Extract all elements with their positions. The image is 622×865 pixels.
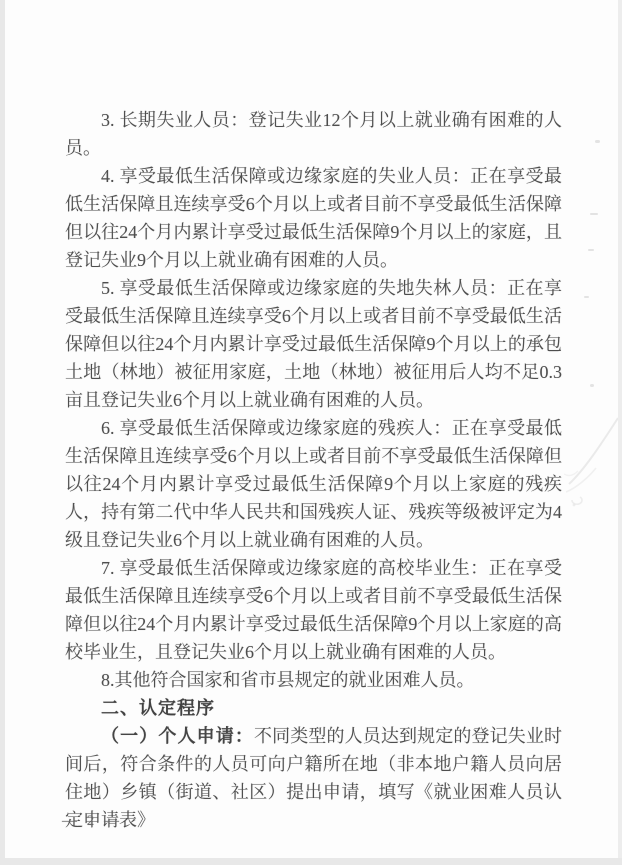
list-item-8: 8.其他符合国家和省市县规定的就业困难人员。 bbox=[65, 666, 562, 694]
list-item-6: 6. 享受最低生活保障或边缘家庭的残疾人：正在享受最低生活保障且连续享受6个月以… bbox=[65, 414, 562, 554]
scan-edge-right bbox=[618, 0, 622, 865]
scan-speck bbox=[588, 249, 594, 251]
procedure-lead: （一）个人申请： bbox=[101, 726, 254, 746]
procedure-paragraph: （一）个人申请：不同类型的人员达到规定的登记失业时间后，符合条件的人员可向户籍所… bbox=[65, 722, 562, 834]
list-item-3: 3. 长期失业人员：登记失业12个月以上就业确有困难的人员。 bbox=[65, 106, 562, 162]
scan-speck bbox=[590, 213, 598, 215]
pencil-smudge bbox=[564, 412, 622, 507]
scan-speck bbox=[590, 384, 594, 387]
scan-speck bbox=[584, 296, 589, 298]
page-number: — 2 — bbox=[62, 813, 122, 830]
scan-edge-bottom bbox=[0, 858, 622, 865]
list-item-7: 7. 享受最低生活保障或边缘家庭的高校毕业生：正在享受最低生活保障且连续享受6个… bbox=[65, 554, 562, 666]
scan-speck bbox=[595, 140, 600, 143]
document-body: 3. 长期失业人员：登记失业12个月以上就业确有困难的人员。 4. 享受最低生活… bbox=[65, 106, 562, 834]
list-item-5: 5. 享受最低生活保障或边缘家庭的失地失林人员：正在享受最低生活保障且连续享受6… bbox=[65, 274, 562, 414]
section-heading: 二、认定程序 bbox=[65, 694, 562, 722]
list-item-4: 4. 享受最低生活保障或边缘家庭的失业人员：正在享受最低生活保障且连续享受6个月… bbox=[65, 162, 562, 274]
scan-edge-left bbox=[0, 0, 5, 865]
document-page: 3. 长期失业人员：登记失业12个月以上就业确有困难的人员。 4. 享受最低生活… bbox=[0, 0, 622, 865]
